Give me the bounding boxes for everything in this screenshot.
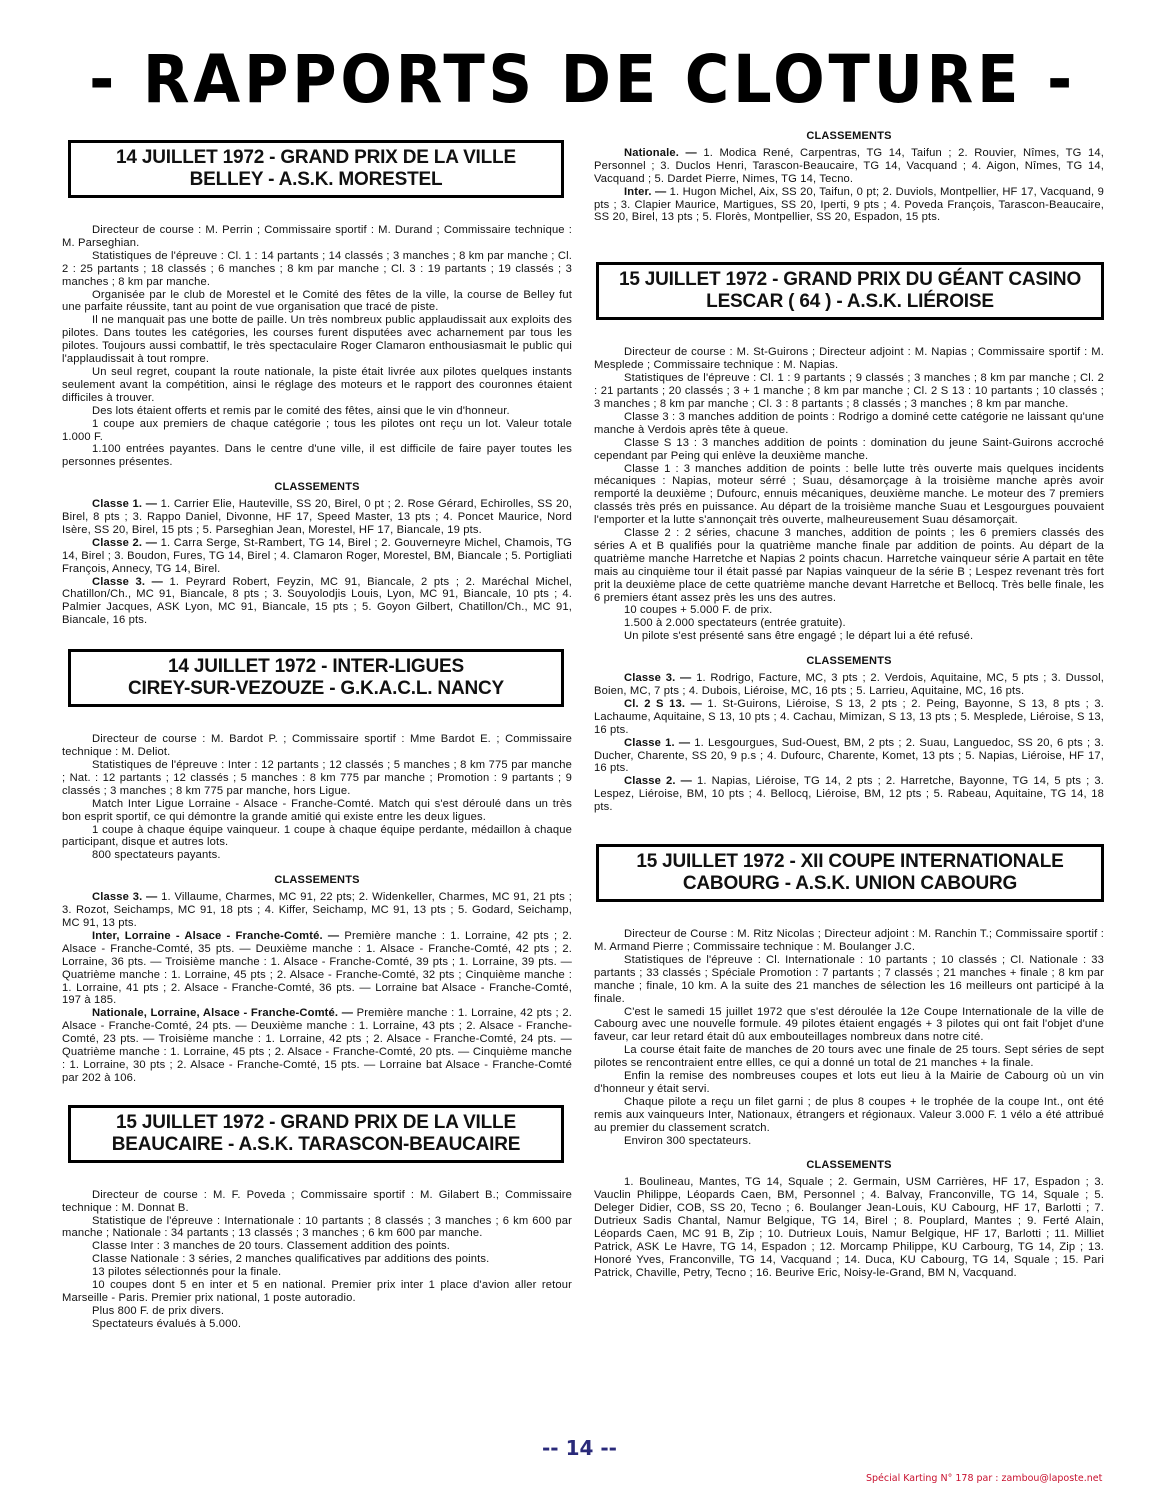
event-title-line2: BEAUCAIRE - A.S.K. TARASCON-BEAUCAIRE [75, 1134, 557, 1156]
paragraph: Statistique de l'épreuve : International… [62, 1215, 572, 1241]
event-beaucaire-classements: CLASSEMENTS Nationale. — 1. Modica René,… [594, 130, 1104, 224]
paragraph: Classe Nationale : 3 séries, 2 manches q… [62, 1253, 572, 1266]
paragraph: Directeur de course : M. F. Poveda ; Com… [62, 1189, 572, 1215]
classement-entry: Classe 1. — 1. Lesgourgues, Sud-Ouest, B… [594, 737, 1104, 776]
classements-heading: CLASSEMENTS [594, 130, 1104, 143]
classement-entry: Classe 1. — 1. Carrier Elie, Hauteville,… [62, 498, 572, 537]
paragraph: Statistiques de l'épreuve : Cl. 1 : 9 pa… [594, 372, 1104, 411]
paragraph: Directeur de course : M. Perrin ; Commis… [62, 224, 572, 250]
event-article: Directeur de course : M. F. Poveda ; Com… [62, 1189, 572, 1331]
paragraph: Classe Inter : 3 manches de 20 tours. Cl… [62, 1240, 572, 1253]
event-title-line1: 14 JUILLET 1972 - INTER-LIGUES [75, 656, 557, 678]
classement-label: Classe 3. — [624, 672, 691, 684]
paragraph: Statistiques de l'épreuve : Cl. 1 : 14 p… [62, 250, 572, 289]
paragraph: Statistiques de l'épreuve : Cl. Internat… [594, 954, 1104, 1006]
event-beaucaire: 15 JUILLET 1972 - GRAND PRIX DE LA VILLE… [62, 1105, 572, 1331]
classement-label: Classe 3. — [92, 576, 163, 588]
classement-entry: Cl. 2 S 13. — 1. St-Guirons, Liéroise, S… [594, 698, 1104, 737]
paragraph: Environ 300 spectateurs. [594, 1135, 1104, 1148]
event-title-box: 15 JUILLET 1972 - GRAND PRIX DU GÉANT CA… [596, 262, 1104, 320]
paragraph: Directeur de course : M. Bardot P. ; Com… [62, 733, 572, 759]
classement-entry: Nationale, Lorraine, Alsace - Franche-Co… [62, 1007, 572, 1084]
event-lescar: 15 JUILLET 1972 - GRAND PRIX DU GÉANT CA… [594, 262, 1104, 814]
paragraph: Un seul regret, coupant la route nationa… [62, 366, 572, 405]
event-title-line1: 15 JUILLET 1972 - GRAND PRIX DE LA VILLE [75, 1112, 557, 1134]
page-number: -- 14 -- [542, 1436, 617, 1460]
paragraph: Statistiques de l'épreuve : Inter : 12 p… [62, 759, 572, 798]
classement-entry: 1. Boulineau, Mantes, TG 14, Squale ; 2.… [594, 1176, 1104, 1279]
classements-heading: CLASSEMENTS [62, 481, 572, 494]
page-title: - RAPPORTS DE CLOTURE - [47, 40, 1119, 120]
event-article: Directeur de Course : M. Ritz Nicolas ; … [594, 928, 1104, 1280]
classement-label: Classe 2. — [92, 537, 157, 549]
event-title-box: 14 JUILLET 1972 - INTER-LIGUES CIREY-SUR… [68, 649, 564, 707]
classement-label: Cl. 2 S 13. — [624, 698, 702, 710]
footer-credit: Spécial Karting N° 178 par : zambou@lapo… [866, 1473, 1102, 1484]
event-title-line2: LESCAR ( 64 ) - A.S.K. LIÉROISE [603, 291, 1097, 313]
classement-entry: Classe 3. — 1. Rodrigo, Facture, MC, 3 p… [594, 672, 1104, 698]
classement-label: Inter, Lorraine - Alsace - Franche-Comté… [92, 930, 339, 942]
classement-entry: Nationale. — 1. Modica René, Carpentras,… [594, 147, 1104, 186]
classement-label: Inter. — [624, 186, 666, 198]
event-article: Directeur de course : M. St-Guirons ; Di… [594, 346, 1104, 814]
classement-entry: Inter. — 1. Hugon Michel, Aix, SS 20, Ta… [594, 186, 1104, 225]
event-title-line2: CABOURG - A.S.K. UNION CABOURG [603, 873, 1097, 895]
classement-text: 1. Hugon Michel, Aix, SS 20, Taifun, 0 p… [594, 186, 1104, 224]
classement-label: Nationale. — [624, 147, 697, 159]
event-title-line2: CIREY-SUR-VEZOUZE - G.K.A.C.L. NANCY [75, 678, 557, 700]
paragraph: Directeur de course : M. St-Guirons ; Di… [594, 346, 1104, 372]
event-title-line1: 15 JUILLET 1972 - XII COUPE INTERNATIONA… [603, 851, 1097, 873]
paragraph: Chaque pilote a reçu un filet garni ; de… [594, 1096, 1104, 1135]
paragraph: 13 pilotes sélectionnés pour la finale. [62, 1266, 572, 1279]
event-title-line2: BELLEY - A.S.K. MORESTEL [75, 169, 557, 191]
classement-entry: Classe 3. — 1. Peyrard Robert, Feyzin, M… [62, 576, 572, 628]
paragraph: La course était faite de manches de 20 t… [594, 1044, 1104, 1070]
event-title-box: 15 JUILLET 1972 - GRAND PRIX DE LA VILLE… [68, 1105, 564, 1163]
paragraph: 800 spectateurs payants. [62, 849, 572, 862]
classement-entry: Classe 3. — 1. Villaume, Charmes, MC 91,… [62, 891, 572, 930]
paragraph: Enfin la remise des nombreuses coupes et… [594, 1070, 1104, 1096]
paragraph: Organisée par le club de Morestel et le … [62, 289, 572, 315]
paragraph: C'est le samedi 15 juillet 1972 que s'es… [594, 1006, 1104, 1045]
event-title-line1: 14 JUILLET 1972 - GRAND PRIX DE LA VILLE [75, 147, 557, 169]
paragraph: Spectateurs évalués à 5.000. [62, 1318, 572, 1331]
paragraph: 10 coupes + 5.000 F. de prix. [594, 604, 1104, 617]
classement-entry: Inter, Lorraine - Alsace - Franche-Comté… [62, 930, 572, 1007]
paragraph: 1 coupe à chaque équipe vainqueur. 1 cou… [62, 824, 572, 850]
paragraph: 10 coupes dont 5 en inter et 5 en nation… [62, 1279, 572, 1305]
paragraph: 1.100 entrées payantes. Dans le centre d… [62, 443, 572, 469]
classements-heading: CLASSEMENTS [594, 1159, 1104, 1172]
paragraph: Plus 800 F. de prix divers. [62, 1305, 572, 1318]
classement-label: Classe 3. — [92, 891, 157, 903]
paragraph: Un pilote s'est présenté sans être engag… [594, 630, 1104, 643]
event-title-box: 14 JUILLET 1972 - GRAND PRIX DE LA VILLE… [68, 140, 564, 198]
event-cabourg: 15 JUILLET 1972 - XII COUPE INTERNATIONA… [594, 844, 1104, 1280]
paragraph: Des lots étaient offerts et remis par le… [62, 405, 572, 418]
paragraph: Il ne manquait pas une botte de paille. … [62, 314, 572, 366]
classement-entry: Classe 2. — 1. Napias, Liéroise, TG 14, … [594, 775, 1104, 814]
paragraph: Classe 3 : 3 manches addition de points … [594, 411, 1104, 437]
paragraph: Classe 2 : 2 séries, chacune 3 manches, … [594, 527, 1104, 604]
event-article: Directeur de course : M. Bardot P. ; Com… [62, 733, 572, 1085]
classement-label: Classe 1. — [624, 737, 690, 749]
paragraph: Directeur de Course : M. Ritz Nicolas ; … [594, 928, 1104, 954]
paragraph: Classe S 13 : 3 manches addition de poin… [594, 437, 1104, 463]
event-cirey: 14 JUILLET 1972 - INTER-LIGUES CIREY-SUR… [62, 649, 572, 1085]
paragraph: 1.500 à 2.000 spectateurs (entrée gratui… [594, 617, 1104, 630]
event-belley: 14 JUILLET 1972 - GRAND PRIX DE LA VILLE… [62, 140, 572, 627]
event-article: CLASSEMENTS Nationale. — 1. Modica René,… [594, 130, 1104, 224]
left-column: 14 JUILLET 1972 - GRAND PRIX DE LA VILLE… [62, 140, 572, 1331]
paragraph: Match Inter Ligue Lorraine - Alsace - Fr… [62, 798, 572, 824]
right-column: CLASSEMENTS Nationale. — 1. Modica René,… [594, 128, 1104, 1280]
paragraph: 1 coupe aux premiers de chaque catégorie… [62, 418, 572, 444]
classements-heading: CLASSEMENTS [594, 655, 1104, 668]
event-title-box: 15 JUILLET 1972 - XII COUPE INTERNATIONA… [596, 844, 1104, 902]
classement-label: Classe 2. — [624, 775, 692, 787]
classement-text: 1. Boulineau, Mantes, TG 14, Squale ; 2.… [594, 1176, 1104, 1278]
event-article: Directeur de course : M. Perrin ; Commis… [62, 224, 572, 627]
event-title-line1: 15 JUILLET 1972 - GRAND PRIX DU GÉANT CA… [603, 269, 1097, 291]
classement-entry: Classe 2. — 1. Carra Serge, St-Rambert, … [62, 537, 572, 576]
classement-label: Classe 1. — [92, 498, 157, 510]
classements-heading: CLASSEMENTS [62, 874, 572, 887]
classement-label: Nationale, Lorraine, Alsace - Franche-Co… [92, 1007, 353, 1019]
paragraph: Classe 1 : 3 manches addition de points … [594, 463, 1104, 528]
